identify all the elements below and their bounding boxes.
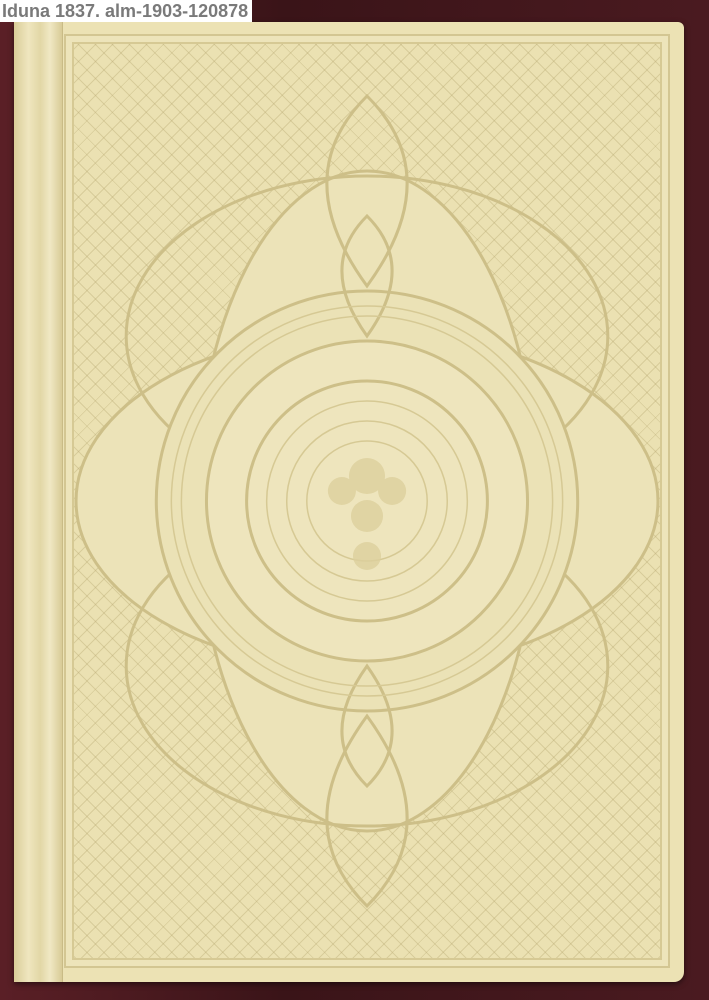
embossed-panel xyxy=(64,34,670,968)
book-spine xyxy=(14,22,63,982)
book-cover xyxy=(14,22,684,982)
ornament-icon xyxy=(66,36,668,966)
image-caption: Iduna 1837. alm-1903-120878 xyxy=(0,0,252,22)
